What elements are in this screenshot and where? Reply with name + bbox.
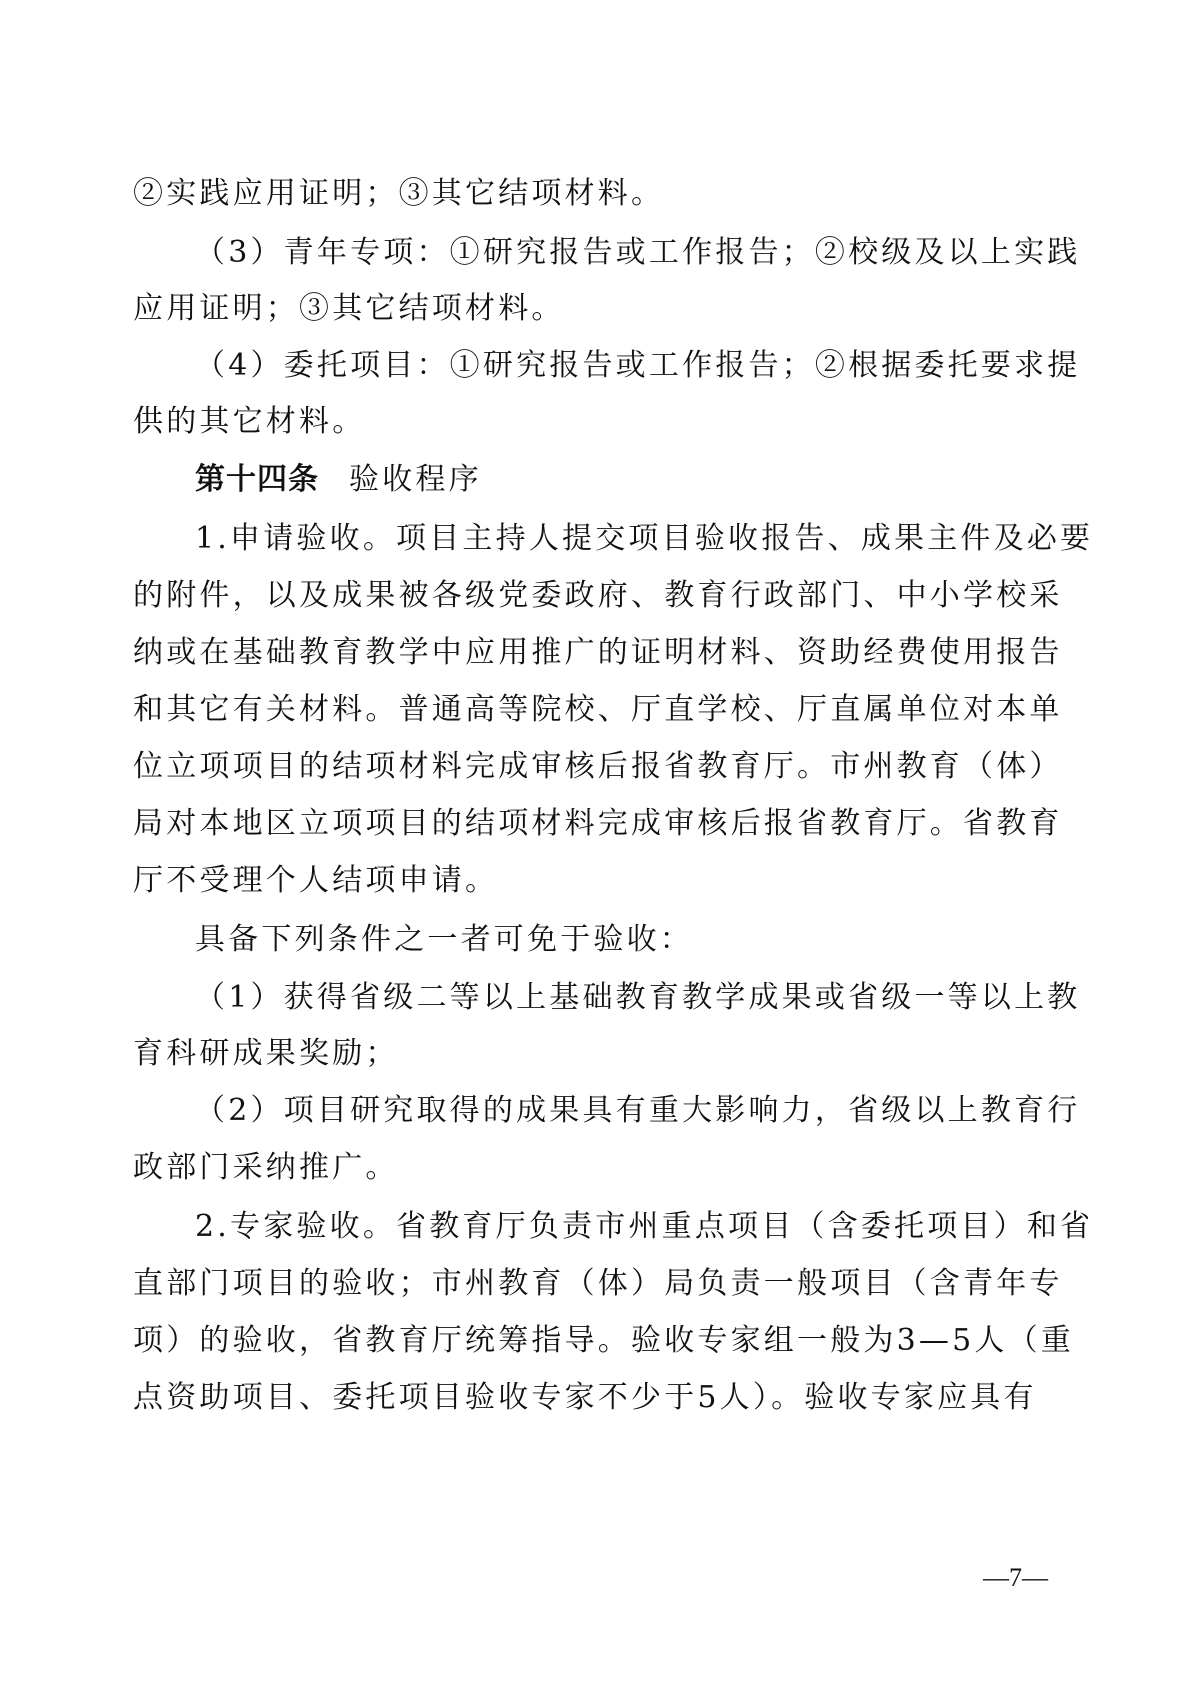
- text-line: （3）青年专项：①研究报告或工作报告；②校级及以上实践: [195, 233, 1081, 273]
- paragraph-line: 项）的验收，省教育厅统筹指导。验收专家组一般为3—5人（重: [133, 1321, 1074, 1361]
- paragraph-line: 1.申请验收。项目主持人提交项目验收报告、成果主件及必要: [195, 519, 1093, 559]
- paragraph-line: 和其它有关材料。普通高等院校、厅直学校、厅直属单位对本单: [133, 690, 1063, 730]
- exemption-item-2: （2）项目研究取得的成果具有重大影响力，省级以上教育行: [195, 1091, 1081, 1131]
- paragraph-line: 局对本地区立项项目的结项材料完成审核后报省教育厅。省教育: [133, 804, 1063, 844]
- paragraph-line: 点资助项目、委托项目验收专家不少于5人）。验收专家应具有: [133, 1378, 1037, 1418]
- section-title: 验收程序: [349, 462, 482, 497]
- section-heading: 第十四条验收程序: [195, 460, 482, 500]
- paragraph-line: 2.专家验收。省教育厅负责市州重点项目（含委托项目）和省: [195, 1207, 1093, 1247]
- exemption-item-1-cont: 育科研成果奖励；: [133, 1034, 399, 1074]
- paragraph-line: 厅不受理个人结项申请。: [133, 861, 498, 901]
- section-number: 第十四条: [195, 462, 319, 497]
- paragraph-line: 位立项项目的结项材料完成审核后报省教育厅。市州教育（体）: [133, 747, 1063, 787]
- text-line: 应用证明；③其它结项材料。: [133, 289, 565, 329]
- exemption-item-1: （1）获得省级二等以上基础教育教学成果或省级一等以上教: [195, 978, 1081, 1018]
- text-line: 供的其它材料。: [133, 402, 365, 442]
- text-line: （4）委托项目：①研究报告或工作报告；②根据委托要求提: [195, 346, 1081, 386]
- page-number: —7—: [983, 1561, 1048, 1595]
- text-line: ②实践应用证明；③其它结项材料。: [133, 174, 664, 214]
- paragraph-line: 的附件，以及成果被各级党委政府、教育行政部门、中小学校采: [133, 576, 1063, 616]
- paragraph-line: 直部门项目的验收；市州教育（体）局负责一般项目（含青年专: [133, 1264, 1063, 1304]
- paragraph-line: 纳或在基础教育教学中应用推广的证明材料、资助经费使用报告: [133, 633, 1063, 673]
- exemption-intro: 具备下列条件之一者可免于验收：: [195, 920, 693, 960]
- exemption-item-2-cont: 政部门采纳推广。: [133, 1148, 399, 1188]
